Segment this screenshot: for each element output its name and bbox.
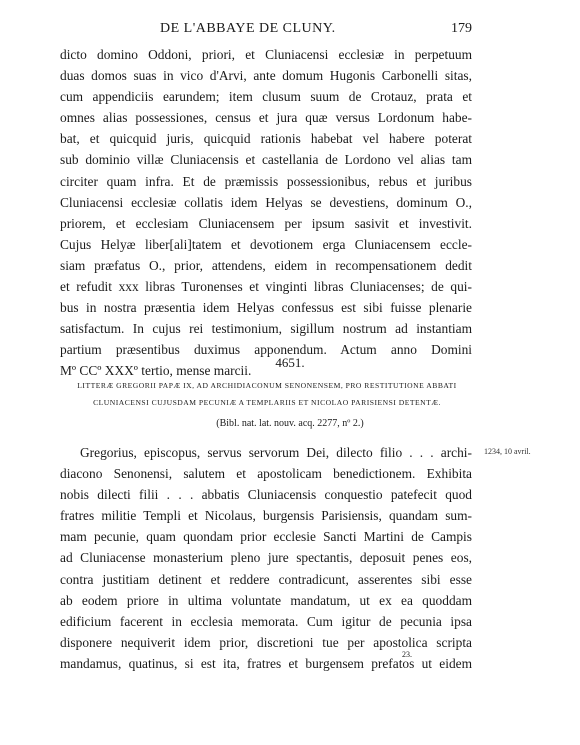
text-line: sub dominio villæ Cluniacensis et castel… — [60, 149, 472, 170]
text-line: Cujus Helyæ liber[ali]tatem et devotione… — [60, 234, 472, 255]
text-line: priorem, et ecclesiam Cluniacensem per i… — [60, 213, 472, 234]
text-line: satisfactum. In cujus rei testimonium, s… — [60, 318, 472, 339]
text-line: mam pecunie, quam quondam prior ecclesie… — [60, 526, 472, 547]
text-line: contra justitiam detinent et reddere con… — [60, 569, 472, 590]
running-head-title: DE L'ABBAYE DE CLUNY. — [160, 21, 336, 37]
text-line: edificium facerent in ecclesia memorata.… — [60, 611, 472, 632]
text-line: ab eodem priore in ultima voluntate mand… — [60, 590, 472, 611]
previous-charter-text: dicto domino Oddoni, priori, et Cluniace… — [60, 44, 472, 382]
charter-rubric-line: CLUNIACENSI CUJUSDAM PECUNIÆ A TEMPLARII… — [62, 398, 472, 407]
margin-date: 1234, 10 avril. — [484, 447, 531, 456]
document-page: DE L'ABBAYE DE CLUNY. 179 dicto domino O… — [0, 0, 580, 745]
page-number: 179 — [451, 21, 472, 37]
text-line: ad Cluniacense monasterium pleno jure sp… — [60, 547, 472, 568]
charter-number: 4651. — [0, 355, 580, 371]
charter-text: Gregorius, episcopus, servus servorum De… — [60, 442, 472, 674]
signature-mark: 23. — [402, 650, 412, 659]
text-line: nobis dilecti filii . . . abbatis Clunia… — [60, 484, 472, 505]
text-line: Cluniacensi ecclesiæ collatis idem Helya… — [60, 192, 472, 213]
charter-rubric-line: LITTERÆ GREGORII PAPÆ IX, AD ARCHIDIACON… — [62, 381, 472, 390]
text-line: Gregorius, episcopus, servus servorum De… — [60, 442, 472, 463]
text-line: dicto domino Oddoni, priori, et Cluniace… — [60, 44, 472, 65]
text-line: bat, et quicquid juris, quicquid rationi… — [60, 128, 472, 149]
text-line: duas domos suas in vico d'Arvi, ante dom… — [60, 65, 472, 86]
running-head: DE L'ABBAYE DE CLUNY. 179 — [60, 21, 472, 39]
text-line: siam præfatus O., prior, attendens, eide… — [60, 255, 472, 276]
text-line: et refudit xxx libras Turonenses et ving… — [60, 276, 472, 297]
text-line: cum appendiciis earundem; item clusum su… — [60, 86, 472, 107]
text-line: diacono Senonensi, salutem et apostolica… — [60, 463, 472, 484]
text-line: circiter quam infra. Et de præmissis pos… — [60, 171, 472, 192]
charter-source: (Bibl. nat. lat. nouv. acq. 2277, nº 2.) — [0, 418, 580, 429]
text-line: bus in nostra præsentia idem Helyas conf… — [60, 297, 472, 318]
text-line: fratres militie Templi et Nicolaus, burg… — [60, 505, 472, 526]
text-line: omnes alias possessiones, census et jura… — [60, 107, 472, 128]
